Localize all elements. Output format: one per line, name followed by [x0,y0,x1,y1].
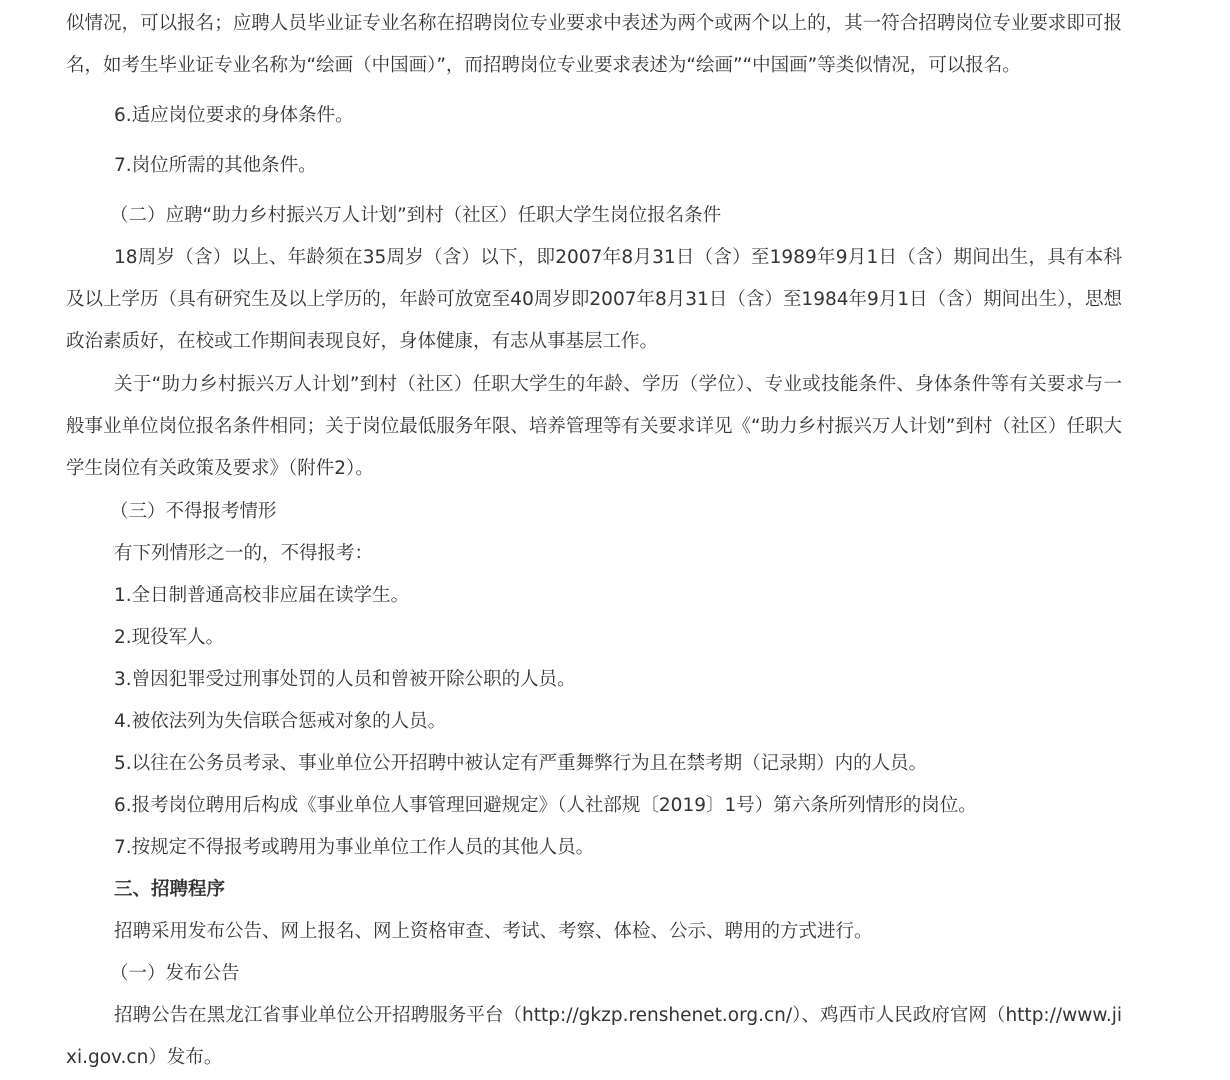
paragraph-age-education-requirements: 18周岁（含）以上、年龄须在35周岁（含）以下，即2007年8月31日（含）至1… [66,237,1122,363]
article-body: 似情况，可以报名；应聘人员毕业证专业名称在招聘岗位专业要求中表述为两个或两个以上… [66,3,1122,1079]
list-item-disqualification-2: 2.现役军人。 [66,617,1122,659]
list-item-disqualification-6: 6.报考岗位聘用后构成《事业单位人事管理回避规定》（人社部规〔2019〕1号）第… [66,785,1122,827]
paragraph-announcement-websites: 招聘公告在黑龙江省事业单位公开招聘服务平台（http://gkzp.renshe… [66,995,1122,1079]
paragraph-major-requirement-continued: 似情况，可以报名；应聘人员毕业证专业名称在招聘岗位专业要求中表述为两个或两个以上… [66,3,1122,87]
subheading-disqualifications: （三）不得报考情形 [66,491,1122,533]
paragraph-disqualification-intro: 有下列情形之一的，不得报考： [66,533,1122,575]
subheading-rural-revitalization-conditions: （二）应聘“助力乡村振兴万人计划”到村（社区）任职大学生岗位报名条件 [66,195,1122,237]
section-heading-recruitment-procedure: 三、招聘程序 [66,869,1122,911]
list-item-disqualification-4: 4.被依法列为失信联合惩戒对象的人员。 [66,701,1122,743]
paragraph-recruitment-methods: 招聘采用发布公告、网上报名、网上资格审查、考试、考察、体检、公示、聘用的方式进行… [66,911,1122,953]
list-item-disqualification-1: 1.全日制普通高校非应届在读学生。 [66,575,1122,617]
list-item-disqualification-3: 3.曾因犯罪受过刑事处罚的人员和曾被开除公职的人员。 [66,659,1122,701]
paragraph-condition-7-other: 7.岗位所需的其他条件。 [66,145,1122,187]
list-item-disqualification-7: 7.按规定不得报考或聘用为事业单位工作人员的其他人员。 [66,827,1122,869]
paragraph-rural-plan-policy: 关于“助力乡村振兴万人计划”到村（社区）任职大学生的年龄、学历（学位）、专业或技… [66,364,1122,490]
list-item-disqualification-5: 5.以往在公务员考录、事业单位公开招聘中被认定有严重舞弊行为且在禁考期（记录期）… [66,743,1122,785]
subheading-publish-announcement: （一）发布公告 [66,953,1122,995]
paragraph-condition-6-physical: 6.适应岗位要求的身体条件。 [66,95,1122,137]
